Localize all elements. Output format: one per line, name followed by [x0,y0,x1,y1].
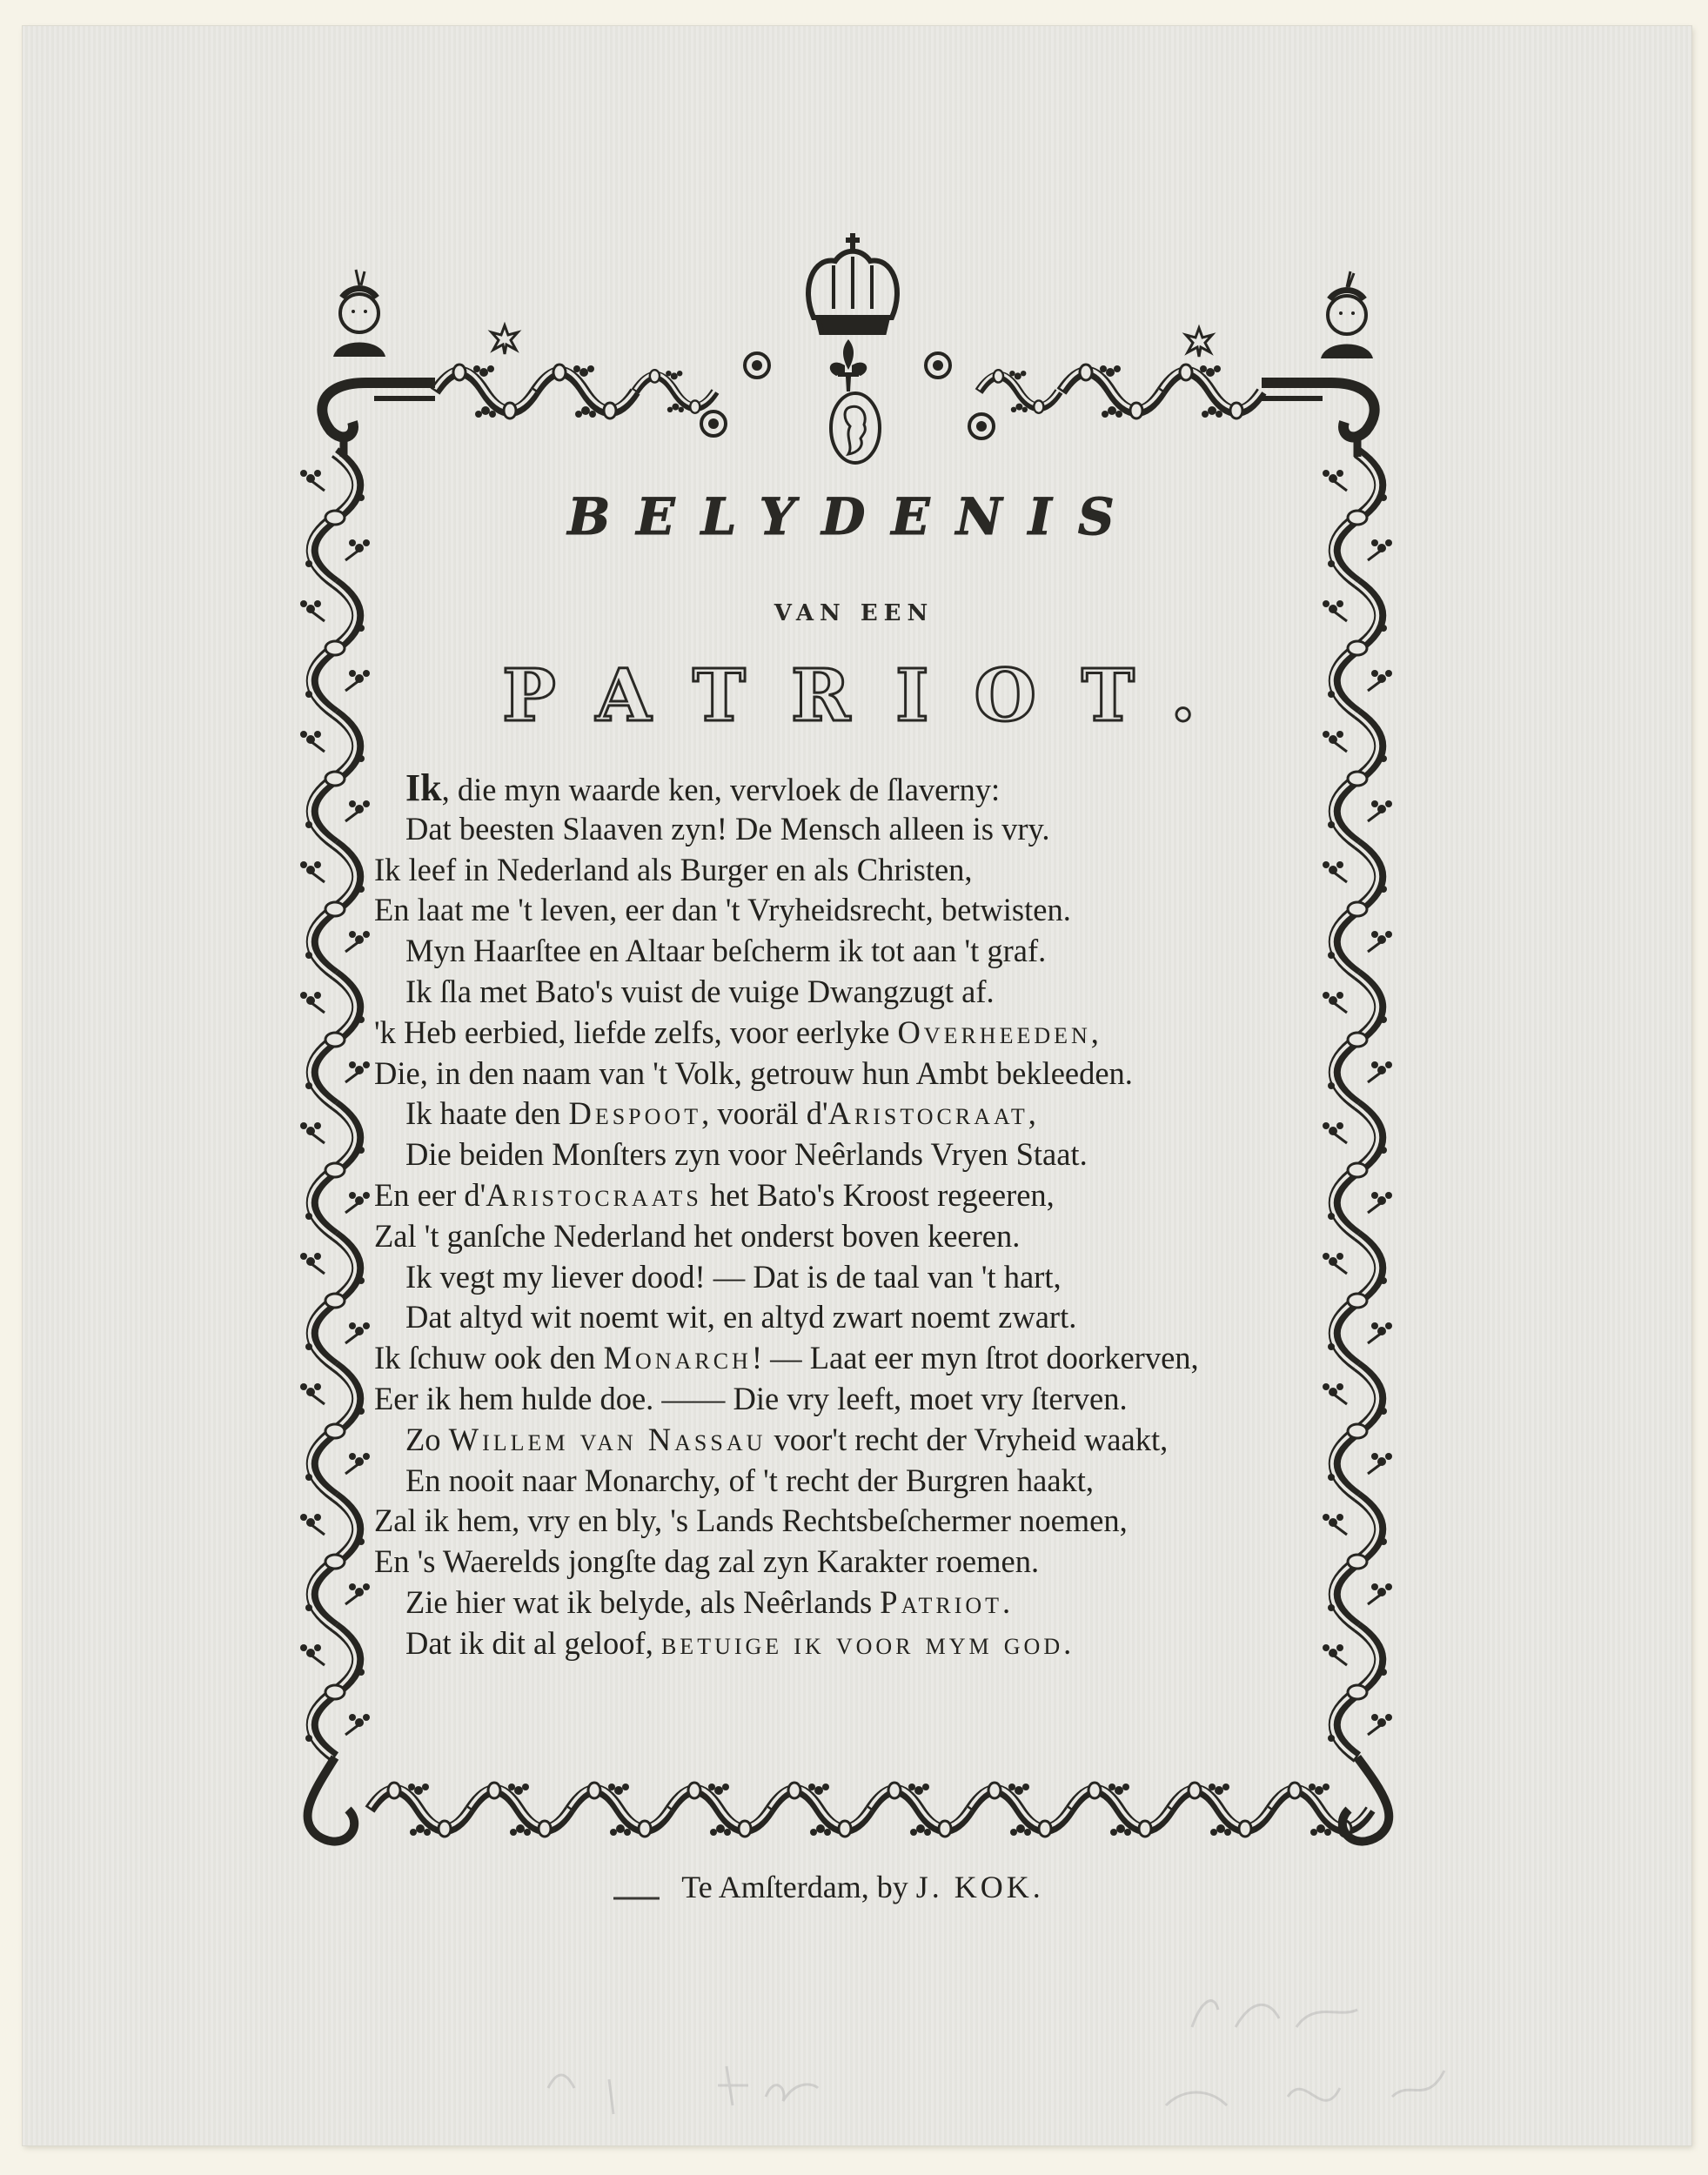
line-text: Zie hier wat ik belyde, als Neêrlands [405,1584,880,1620]
imprint: Te Amſterdam, by J. KOK. [0,1869,1708,1905]
poem-line: Ik haate den Despoot, vooräl d'Aristocra… [374,1094,1314,1134]
crown-icon [808,233,897,332]
line-text: Zal 't ganſche Nederland het onderst bov… [374,1218,1020,1254]
imprint-place: Te Amſterdam, by [681,1870,915,1904]
imprint-printer: J. KOK. [916,1870,1044,1904]
line-text: Zal ik hem, vry en bly, 's Lands Rechtsb… [374,1502,1128,1538]
small-caps-text: Aristocraats [486,1177,702,1213]
line-text: Ik ſchuw ook den [374,1340,604,1375]
line-text: Dat ik dit al geloof, [405,1625,661,1661]
line-text: En 's Waerelds jongſte dag zal zyn Karak… [374,1543,1039,1579]
poem-line: Dat altyd wit noemt wit, en altyd zwart … [374,1297,1314,1338]
top-right-vine-border [979,365,1262,418]
line-text: Zo [405,1422,449,1457]
star-icon-right [1186,328,1212,357]
poem-line: Die, in den naam van 't Volk, getrouw hu… [374,1054,1314,1094]
top-left-vine-border [435,365,715,418]
poem-line: En nooit naar Monarchy, of 't recht der … [374,1461,1314,1502]
small-caps-text: Overheeden [897,1014,1090,1050]
cherub-head-icon-right [1321,271,1373,358]
poem-line: Ik leef in Nederland als Burger en als C… [374,850,1314,891]
line-text: Die, in den naam van 't Volk, getrouw hu… [374,1055,1133,1091]
line-text: , [1028,1095,1036,1131]
poem-line: Die beiden Monſters zyn voor Neêrlands V… [374,1134,1314,1175]
top-left-corner-scroll [322,383,435,457]
line-text: voor't recht der Vryheid waakt, [766,1422,1168,1457]
small-caps-text: betuige ik voor mym god [661,1625,1063,1661]
line-text: En nooit naar Monarchy, of 't recht der … [405,1462,1094,1498]
poem-line: Zal ik hem, vry en bly, 's Lands Rechtsb… [374,1501,1314,1542]
poem-line: Ik ſchuw ook den Monarch! — Laat eer myn… [374,1338,1314,1379]
poem-line: Zo Willem van Nassau voor't recht der Vr… [374,1420,1314,1461]
line-text: Eer ik hem hulde doe. —— Die vry leeft, … [374,1381,1128,1416]
line-text: . [1063,1625,1071,1661]
line-text: 'k Heb eerbied, liefde zelfs, voor eerly… [374,1014,897,1050]
title-van-een: VAN EEN [0,600,1708,626]
poem-line: Ik vegt my liever dood! — Dat is de taal… [374,1257,1314,1298]
title-belydenis: BELYDENIS [0,487,1708,546]
small-caps-text: Patriot [880,1584,1002,1620]
line-text: Ik vegt my liever dood! — Dat is de taal… [405,1259,1062,1295]
poem-line: Zal 't ganſche Nederland het onderst bov… [374,1216,1314,1257]
small-caps-text: Willem van Nassau [449,1422,767,1457]
poem-line: En eer d'Aristocraats het Bato's Kroost … [374,1175,1314,1216]
poem-line: En laat me 't leven, eer dan 't Vryheids… [374,890,1314,931]
line-text: Die beiden Monſters zyn voor Neêrlands V… [405,1136,1088,1172]
poem-line: 'k Heb eerbied, liefde zelfs, voor eerly… [374,1013,1314,1054]
drop-cap: Ik [405,766,442,809]
bottom-left-corner-scroll [308,1757,355,1842]
line-text: , die myn waarde ken, vervloek de ſlaver… [442,772,1001,807]
poem-line: Dat beesten Slaaven zyn! De Mensch allee… [374,809,1314,850]
line-text: Ik ſla met Bato's vuist de vuige Dwangzu… [405,974,995,1009]
title-patriot: PATRIOT. [0,654,1708,738]
fleur-de-lis-icon [830,339,867,391]
poem-line: Eer ik hem hulde doe. —— Die vry leeft, … [374,1379,1314,1420]
top-right-corner-scroll [1262,383,1375,457]
left-vine-border [300,452,370,1757]
poem-line: Dat ik dit al geloof, betuige ik voor my… [374,1623,1314,1664]
rose-icon-left [745,353,769,378]
rose-icon-left-lower [701,412,726,436]
poem-line: Zie hier wat ik belyde, als Neêrlands Pa… [374,1583,1314,1623]
small-caps-text: Despoot [568,1095,701,1131]
star-icon-left [492,325,518,354]
poem-line: En 's Waerelds jongſte dag zal zyn Karak… [374,1542,1314,1583]
right-vine-border [1323,452,1392,1757]
poem-line: Ik, die myn waarde ken, vervloek de ſlav… [374,768,1314,809]
line-text: het Bato's Kroost regeeren, [702,1177,1055,1213]
line-text: Dat altyd wit noemt wit, en altyd zwart … [405,1299,1076,1335]
line-text: Dat beesten Slaaven zyn! De Mensch allee… [405,811,1050,847]
rose-icon-right [926,353,950,378]
rose-icon-right-lower [969,414,994,438]
small-caps-text: Aristocraat [828,1095,1028,1131]
line-text: , [1091,1014,1099,1050]
small-caps-text: Monarch [604,1340,752,1375]
bottom-vine-border [370,1783,1370,1837]
line-text: Myn Haarſtee en Altaar beſcherm ik tot a… [405,933,1046,968]
poem-line: Myn Haarſtee en Altaar beſcherm ik tot a… [374,931,1314,972]
poem-line: Ik ſla met Bato's vuist de vuige Dwangzu… [374,972,1314,1013]
line-text: Ik haate den [405,1095,568,1131]
line-text: Ik leef in Nederland als Burger en als C… [374,852,973,887]
cherub-head-icon-left [333,270,385,357]
line-text: . [1002,1584,1010,1620]
cameo-portrait-icon [831,393,880,463]
line-text: ! — Laat eer myn ſtrot doorkerven, [752,1340,1199,1375]
line-text: En eer d' [374,1177,486,1213]
line-text: En laat me 't leven, eer dan 't Vryheids… [374,892,1071,927]
line-text: , vooräl d' [701,1095,827,1131]
poem-body: Ik, die myn waarde ken, vervloek de ſlav… [374,768,1314,1664]
pencil-annotations [548,2001,1444,2114]
